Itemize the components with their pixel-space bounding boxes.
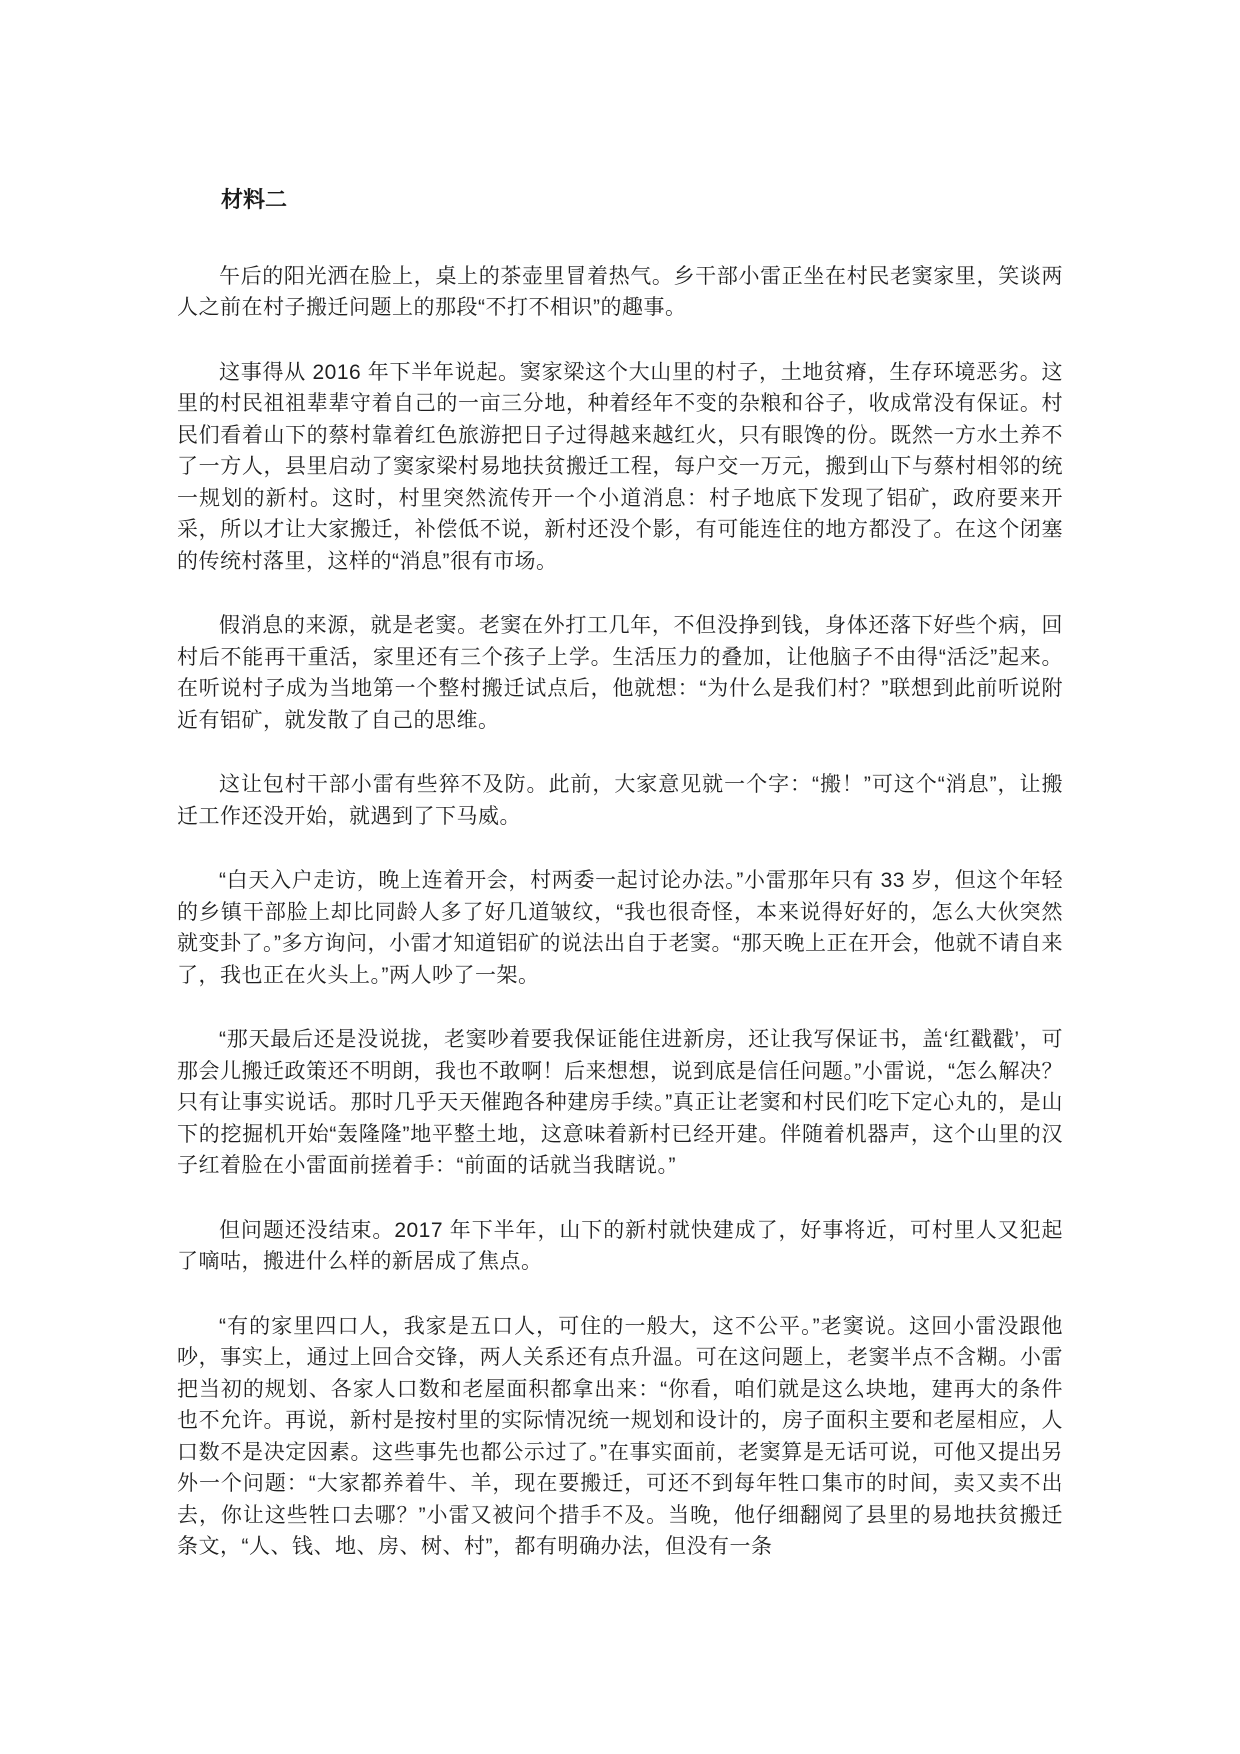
paragraph: 这事得从 2016 年下半年说起。窦家梁这个大山里的村子，土地贫瘠，生存环境恶劣… [177,357,1063,578]
paragraph: 午后的阳光洒在脸上，桌上的茶壶里冒着热气。乡干部小雷正坐在村民老窦家里，笑谈两人… [177,261,1063,324]
document-title: 材料二 [177,186,1063,215]
document-page: 材料二 午后的阳光洒在脸上，桌上的茶壶里冒着热气。乡干部小雷正坐在村民老窦家里，… [0,0,1240,1754]
paragraph: 假消息的来源，就是老窦。老窦在外打工几年，不但没挣到钱，身体还落下好些个病，回村… [177,610,1063,736]
paragraph: 但问题还没结束。2017 年下半年，山下的新村就快建成了，好事将近，可村里人又犯… [177,1215,1063,1278]
paragraph: “白天入户走访，晚上连着开会，村两委一起讨论办法。”小雷那年只有 33 岁，但这… [177,865,1063,991]
paragraph: “有的家里四口人，我家是五口人，可住的一般大，这不公平。”老窦说。这回小雷没跟他… [177,1311,1063,1563]
paragraph: 这让包村干部小雷有些猝不及防。此前，大家意见就一个字：“搬！”可这个“消息”，让… [177,769,1063,832]
paragraph: “那天最后还是没说拢，老窦吵着要我保证能住进新房，还让我写保证书，盖‘红戳戳’，… [177,1024,1063,1182]
